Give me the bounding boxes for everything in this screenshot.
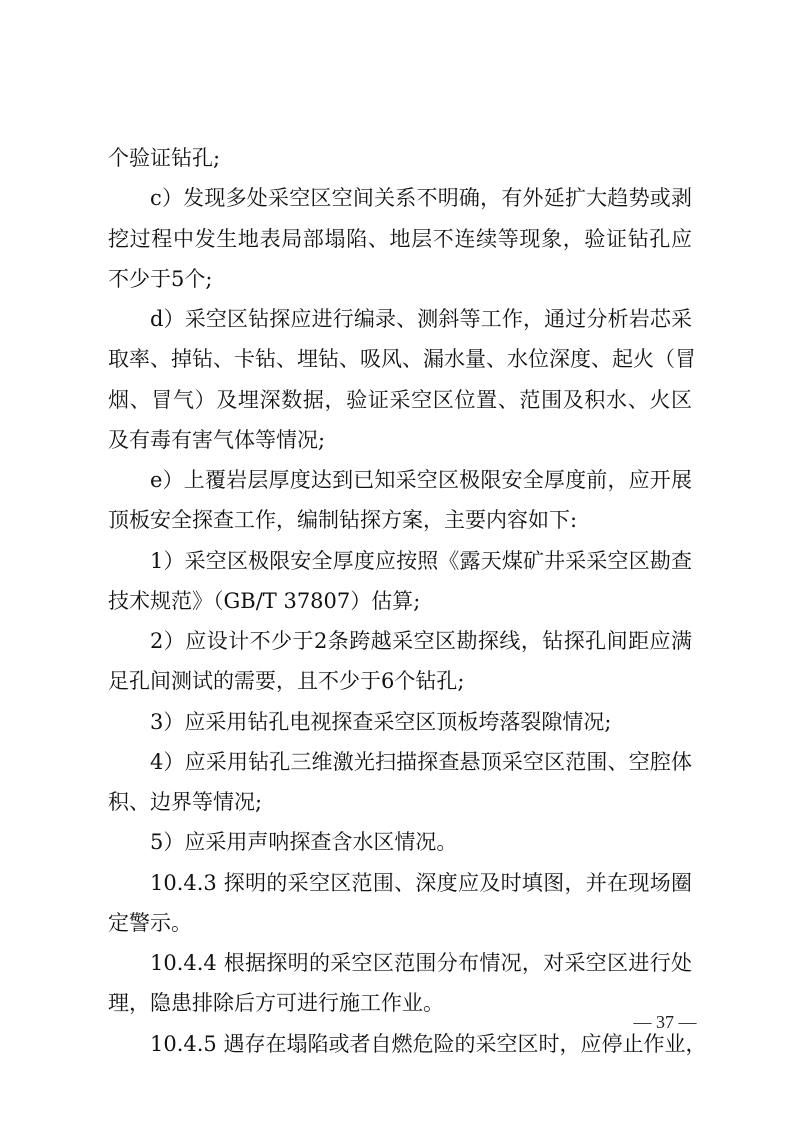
text-line: 技术规范》（GB/T 37807）估算; xyxy=(108,581,692,621)
text-line: 5）应采用声呐探查含水区情况。 xyxy=(108,822,692,862)
text-line: 10.4.5 遇存在塌陷或者自燃危险的采空区时，应停止作业， xyxy=(108,1024,692,1064)
text-line: 理，隐患排除后方可进行施工作业。 xyxy=(108,983,692,1023)
text-line: 定警示。 xyxy=(108,903,692,943)
text-line: 挖过程中发生地表局部塌陷、地层不连续等现象，验证钻孔应 xyxy=(108,219,692,259)
text-line: 个验证钻孔; xyxy=(108,138,692,178)
text-line: 1）采空区极限安全厚度应按照《露天煤矿井采采空区勘查 xyxy=(108,541,692,581)
page-number: — 37 — xyxy=(630,1012,700,1033)
text-line: 10.4.3 探明的采空区范围、深度应及时填图，并在现场圈 xyxy=(108,863,692,903)
body-text: 个验证钻孔; c）发现多处采空区空间关系不明确，有外延扩大趋势或剥 挖过程中发生… xyxy=(108,138,692,1064)
text-line: 烟、冒气）及埋深数据，验证采空区位置、范围及积水、火区 xyxy=(108,380,692,420)
text-line: 4）应采用钻孔三维激光扫描探查悬顶采空区范围、空腔体 xyxy=(108,742,692,782)
text-line: d）采空区钻探应进行编录、测斜等工作，通过分析岩芯采 xyxy=(108,299,692,339)
text-line: 10.4.4 根据探明的采空区范围分布情况，对采空区进行处 xyxy=(108,943,692,983)
text-line: 及有毒有害气体等情况; xyxy=(108,420,692,460)
document-page: 个验证钻孔; c）发现多处采空区空间关系不明确，有外延扩大趋势或剥 挖过程中发生… xyxy=(0,0,793,1122)
text-line: c）发现多处采空区空间关系不明确，有外延扩大趋势或剥 xyxy=(108,178,692,218)
text-line: 3）应采用钻孔电视探查采空区顶板垮落裂隙情况; xyxy=(108,702,692,742)
text-line: 积、边界等情况; xyxy=(108,782,692,822)
text-line: 取率、掉钻、卡钻、埋钻、吸风、漏水量、水位深度、起火（冒 xyxy=(108,339,692,379)
text-line: e）上覆岩层厚度达到已知采空区极限安全厚度前，应开展 xyxy=(108,460,692,500)
text-line: 2）应设计不少于2条跨越采空区勘探线，钻探孔间距应满 xyxy=(108,621,692,661)
text-line: 顶板安全探查工作，编制钻探方案，主要内容如下: xyxy=(108,500,692,540)
text-line: 不少于5个; xyxy=(108,259,692,299)
text-line: 足孔间测试的需要，且不少于6个钻孔; xyxy=(108,661,692,701)
